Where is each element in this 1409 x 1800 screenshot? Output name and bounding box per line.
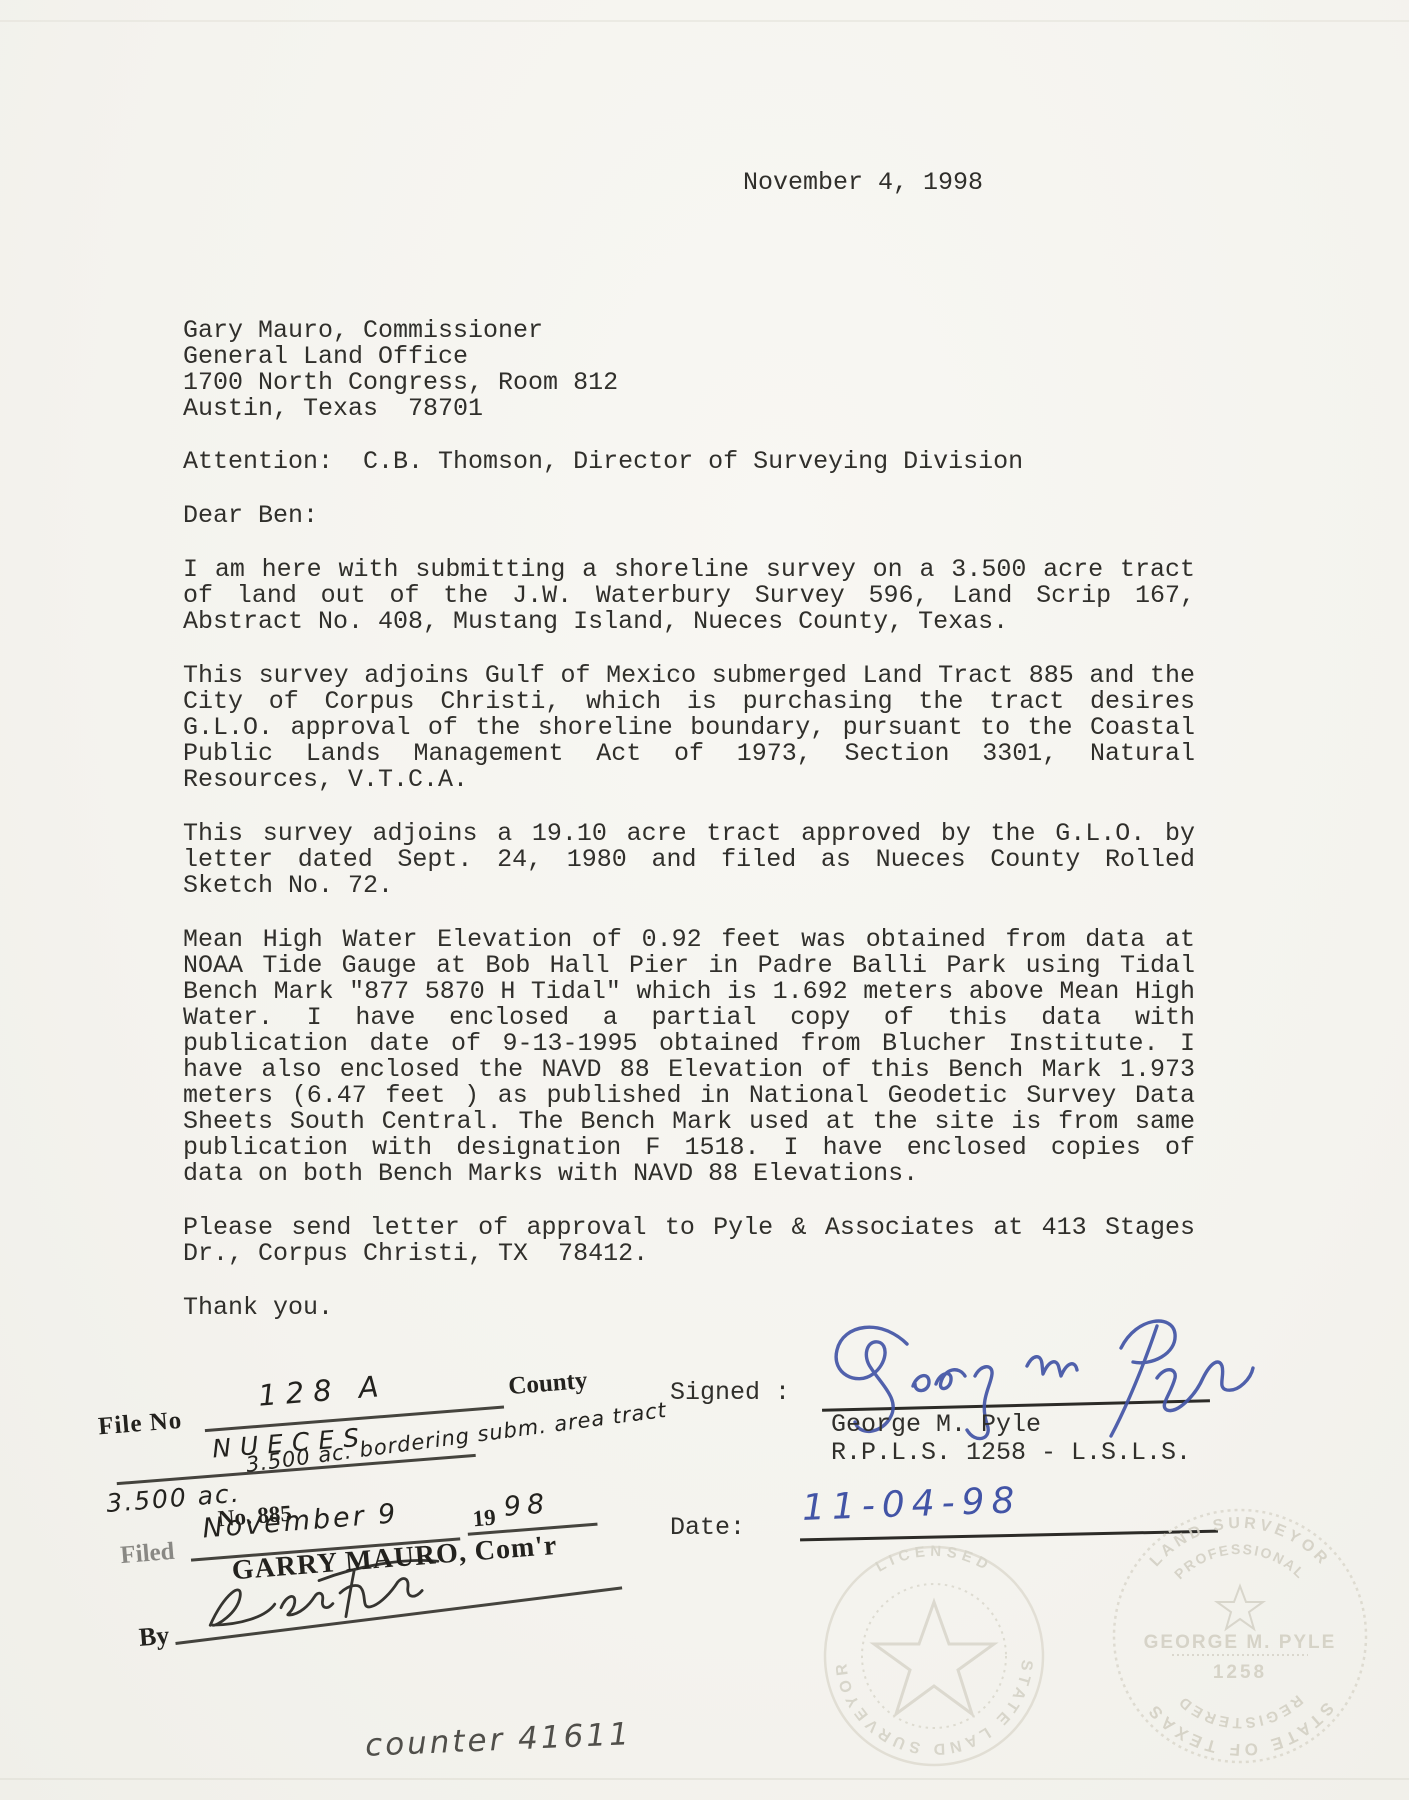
signer-title: R.P.L.S. 1258 - L.S.L.S.	[831, 1440, 1191, 1466]
body-line: Please send letter of approval to Pyle &…	[183, 1215, 1195, 1241]
body-line: publication date of 9-13-1995 obtained f…	[183, 1031, 1195, 1057]
seal-right-name: GEORGE M. PYLE	[1144, 1632, 1337, 1653]
seal-right-star-icon	[1217, 1586, 1263, 1629]
body-line: Resources, V.T.C.A.	[183, 767, 1195, 793]
salutation: Dear Ben:	[183, 503, 318, 529]
county-label: County	[507, 1367, 588, 1401]
svg-text:STATE LAND SURVEYOR: STATE LAND SURVEYOR	[833, 1659, 1035, 1757]
recipient-line: Gary Mauro, Commissioner	[183, 318, 543, 344]
body-line: G.L.O. approval of the shoreline boundar…	[183, 715, 1195, 741]
body-line: Dr., Corpus Christi, TX 78412.	[183, 1241, 1195, 1267]
body-line: of land out of the J.W. Waterbury Survey…	[183, 583, 1195, 609]
signer-name: George M. Pyle	[831, 1412, 1041, 1438]
body-paragraph-4: Mean High Water Elevation of 0.92 feet w…	[183, 927, 1195, 1187]
embossed-seal-george-pyle: STATE OF TEXAS REGISTERED GEORGE M. PYLE…	[1102, 1502, 1378, 1778]
filed-label: Filed	[119, 1538, 175, 1570]
svg-text:PROFESSIONAL: PROFESSIONAL	[1171, 1541, 1309, 1582]
counter-annotation: counter 41611	[364, 1716, 632, 1764]
year-value: 98	[503, 1488, 552, 1523]
attention-line: Attention: C.B. Thomson, Director of Sur…	[183, 449, 1023, 475]
letter-date: November 4, 1998	[743, 170, 983, 196]
scanned-letter-page: November 4, 1998 Gary Mauro, Commissione…	[0, 0, 1409, 1800]
body-line: data on both Bench Marks with NAVD 88 El…	[183, 1161, 1195, 1187]
body-line: have also enclosed the NAVD 88 Elevation…	[183, 1057, 1195, 1083]
embossed-seal-state-land-surveyor: STATE LAND SURVEYOR LICENSED	[818, 1540, 1050, 1772]
body-line: Sheets South Central. The Bench Mark use…	[183, 1109, 1195, 1135]
seal-right-arc-registered: REGISTERED	[1174, 1691, 1306, 1731]
body-line: This survey adjoins a 19.10 acre tract a…	[183, 821, 1195, 847]
body-paragraph-1: I am here with submitting a shoreline su…	[183, 557, 1195, 635]
paper-top-edge	[0, 20, 1409, 22]
file-no-value: 128 A	[257, 1369, 389, 1413]
body-line: Bench Mark "877 5870 H Tidal" which is 1…	[183, 979, 1195, 1005]
recipient-line: 1700 North Congress, Room 812	[183, 370, 618, 396]
seal-right-arc-professional: PROFESSIONAL	[1171, 1541, 1309, 1582]
body-paragraph-3: This survey adjoins a 19.10 acre tract a…	[183, 821, 1195, 899]
body-line: This survey adjoins Gulf of Mexico subme…	[183, 663, 1195, 689]
recipient-line: General Land Office	[183, 344, 468, 370]
seal-left-arc-bottom: LICENSED	[873, 1543, 995, 1576]
file-no-label: File No	[97, 1407, 183, 1442]
body-line: publication with designation F 1518. I h…	[183, 1135, 1195, 1161]
body-line: meters (6.47 feet ) as published in Nati…	[183, 1083, 1195, 1109]
paper-bottom-edge	[0, 1778, 1409, 1780]
body-paragraph-5: Please send letter of approval to Pyle &…	[183, 1215, 1195, 1267]
body-line: Water. I have enclosed a partial copy of…	[183, 1005, 1195, 1031]
date-label: Date:	[670, 1515, 745, 1541]
recipient-line: Austin, Texas 78701	[183, 396, 483, 422]
by-label: By	[138, 1621, 171, 1653]
body-line: Sketch No. 72.	[183, 873, 1195, 899]
seal-left-star-icon	[874, 1602, 994, 1714]
body-line: letter dated Sept. 24, 1980 and filed as…	[183, 847, 1195, 873]
svg-text:LICENSED: LICENSED	[873, 1543, 995, 1576]
year-prefix: 19	[472, 1505, 497, 1533]
body-line: City of Corpus Christi, which is purchas…	[183, 689, 1195, 715]
signed-label: Signed :	[670, 1380, 790, 1406]
filing-stamp: File No 128 A County NUECES 3.500 ac. bo…	[90, 1356, 650, 1678]
body-paragraph-2: This survey adjoins Gulf of Mexico subme…	[183, 663, 1195, 793]
body-line: Mean High Water Elevation of 0.92 feet w…	[183, 927, 1195, 953]
seal-left-arc-top: STATE LAND SURVEYOR	[833, 1659, 1035, 1757]
seal-right-number: 1258	[1213, 1662, 1267, 1683]
body-line: Abstract No. 408, Mustang Island, Nueces…	[183, 609, 1195, 635]
body-line: Public Lands Management Act of 1973, Sec…	[183, 741, 1195, 767]
date-value-handwritten: 11-04-98	[801, 1480, 1022, 1529]
svg-text:REGISTERED: REGISTERED	[1174, 1691, 1306, 1731]
closing-line: Thank you.	[183, 1295, 333, 1321]
body-line: I am here with submitting a shoreline su…	[183, 557, 1195, 583]
signature-douglas-howard	[175, 1538, 491, 1652]
body-line: NOAA Tide Gauge at Bob Hall Pier in Padr…	[183, 953, 1195, 979]
